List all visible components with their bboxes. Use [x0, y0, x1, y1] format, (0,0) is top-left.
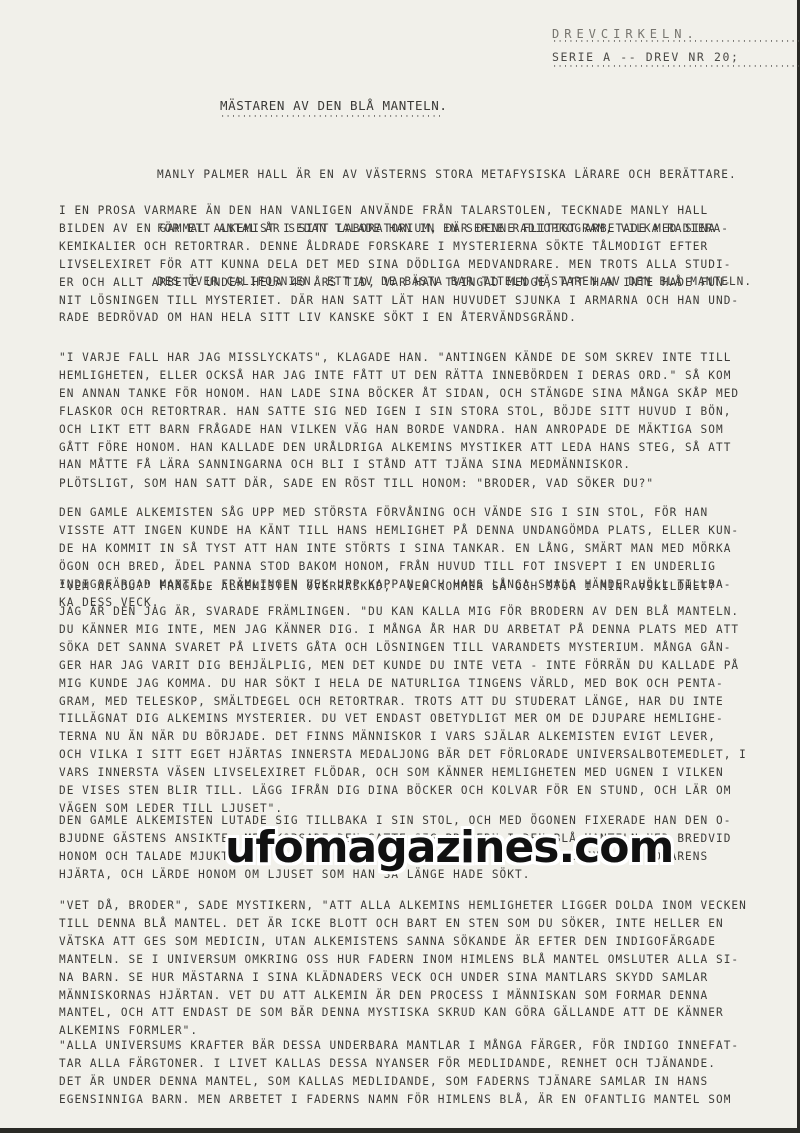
paragraph-line: kemikalier och retortrar. Denne åldrade … [59, 238, 739, 256]
paragraph-line: de ha kommit in så tyst att han inte stö… [59, 540, 739, 558]
paragraph-line: ger har jag varit dig behjälplig, men de… [59, 657, 747, 675]
body-paragraph: I en prosa varmare än den han vanligen a… [59, 202, 739, 327]
paragraph-line: Manteln. Se i universum omkring oss hur … [59, 951, 747, 969]
paragraph-line: och vilka i sitt eget hjärtas innersta m… [59, 746, 747, 764]
paragraph-line: tillägnat dig alkemins mysterier. Du vet… [59, 710, 747, 728]
paragraph-line: vars innersta väsen Livselexiret flödar,… [59, 764, 747, 782]
header-block: DREVCIRKELN. '''''''''''''''''''''''''''… [552, 29, 800, 74]
paragraph-line: Den gamle alkemisten såg upp med största… [59, 504, 739, 522]
paragraph-line: terna nu än när du började. Det finns mä… [59, 728, 747, 746]
paragraph-line: gått före honom. Han kallade den uråldri… [59, 439, 739, 457]
paragraph-line: "Vem är du?" frågade alkemisten överrask… [59, 578, 724, 596]
body-paragraph: Jag är den jag är, svarade främlingen. "… [59, 603, 747, 818]
paragraph-line: han måtte få lära sanningarna och bli i … [59, 456, 739, 474]
paragraph-line: nit lösningen till Mysteriet. Där han sa… [59, 292, 739, 310]
header-rule-top: ''''''''''''''''''''''''''''''''''''''''… [552, 40, 800, 49]
paragraph-line: Du känner mig inte, men jag känner dig. … [59, 621, 747, 639]
body-paragraph: "Vem är du?" frågade alkemisten överrask… [59, 578, 724, 596]
intro-line: Manly Palmer Hall är en av Västerns stor… [157, 166, 752, 184]
paragraph-line: vätska att ges som medicin, utan alkemis… [59, 933, 747, 951]
body-paragraph: "I varje fall har jag misslyckats", klag… [59, 349, 739, 474]
body-paragraph: "Alla universums krafter bär dessa under… [59, 1037, 739, 1109]
paragraph-line: ögon och bred, ädel panna stod bakom hon… [59, 558, 739, 576]
body-paragraph: "Vet då, broder", sade Mystikern, "att a… [59, 897, 747, 1040]
document-title-block: MÄSTAREN AV DEN BLÅ MANTELN. '''''''''''… [220, 98, 448, 124]
paragraph-line: en annan tanke för honom. Han lade sina … [59, 385, 739, 403]
paragraph-line: söka det sanna svaret på livets gåta och… [59, 639, 747, 657]
paragraph-line: människornas hjärtan. Vet du att alkemin… [59, 987, 747, 1005]
paragraph-line: I en prosa varmare än den han vanligen a… [59, 202, 739, 220]
paragraph-line: mantel, och att endast de som bär denna … [59, 1004, 747, 1022]
watermark: ufomagazines.com [225, 826, 673, 870]
paragraph-line: tar alla färgtoner. I livet kallas dessa… [59, 1055, 739, 1073]
paragraph-line: och likt ett barn frågade han vilken väg… [59, 421, 739, 439]
document-title: MÄSTAREN AV DEN BLÅ MANTELN. [220, 98, 448, 113]
paragraph-line: gram, med teleskop, smältdegel och retor… [59, 693, 747, 711]
paragraph-line: mig kunde jag komma. Du har sökt i hela … [59, 675, 747, 693]
paragraph-line: egensinniga barn. Men arbetet i Faderns … [59, 1091, 739, 1109]
paragraph-line: rade bedrövad om han hela sitt liv kansk… [59, 309, 739, 327]
title-underline: ''''''''''''''''''''''''''''''''''''''''… [220, 115, 444, 124]
paragraph-line: Det är under denna Mantel, som kallas me… [59, 1073, 739, 1091]
paragraph-line: "Alla universums krafter bär dessa under… [59, 1037, 739, 1055]
paragraph-line: Jag är den jag är, svarade främlingen. "… [59, 603, 747, 621]
paragraph-line: De Vises Sten blir till. Lägg ifrån dig … [59, 782, 747, 800]
header-rule-bottom: ''''''''''''''''''''''''''''''''''''''''… [552, 65, 800, 74]
organization-name: DREVCIRKELN. [552, 29, 800, 40]
paragraph-line: flaskor och retortrar. Han satte sig ned… [59, 403, 739, 421]
paragraph-line: Livselexiret för att kunna dela det med … [59, 256, 739, 274]
series-line: SERIE A -- DREV NR 20; [552, 52, 800, 63]
paragraph-line: bilden av en gammal alkemist i sitt labo… [59, 220, 739, 238]
paragraph-line: "I varje fall har jag misslyckats", klag… [59, 349, 739, 367]
document-page: DREVCIRKELN. '''''''''''''''''''''''''''… [0, 0, 797, 1128]
body-paragraph: Plötsligt, som han satt där, sade en rös… [59, 475, 654, 493]
paragraph-line: "Vet då, broder", sade Mystikern, "att a… [59, 897, 747, 915]
paragraph-line: visste att ingen kunde ha känt till hans… [59, 522, 739, 540]
paragraph-line: na barn. Se hur Mästarna i sina klädnade… [59, 969, 747, 987]
paragraph-line: er och allt arbete under hela 40 års tid… [59, 274, 739, 292]
paragraph-line: Plötsligt, som han satt där, sade en rös… [59, 475, 654, 493]
paragraph-line: hemligheten, eller också har jag inte få… [59, 367, 739, 385]
paragraph-line: till denna blå mantel. Det är icke blott… [59, 915, 747, 933]
